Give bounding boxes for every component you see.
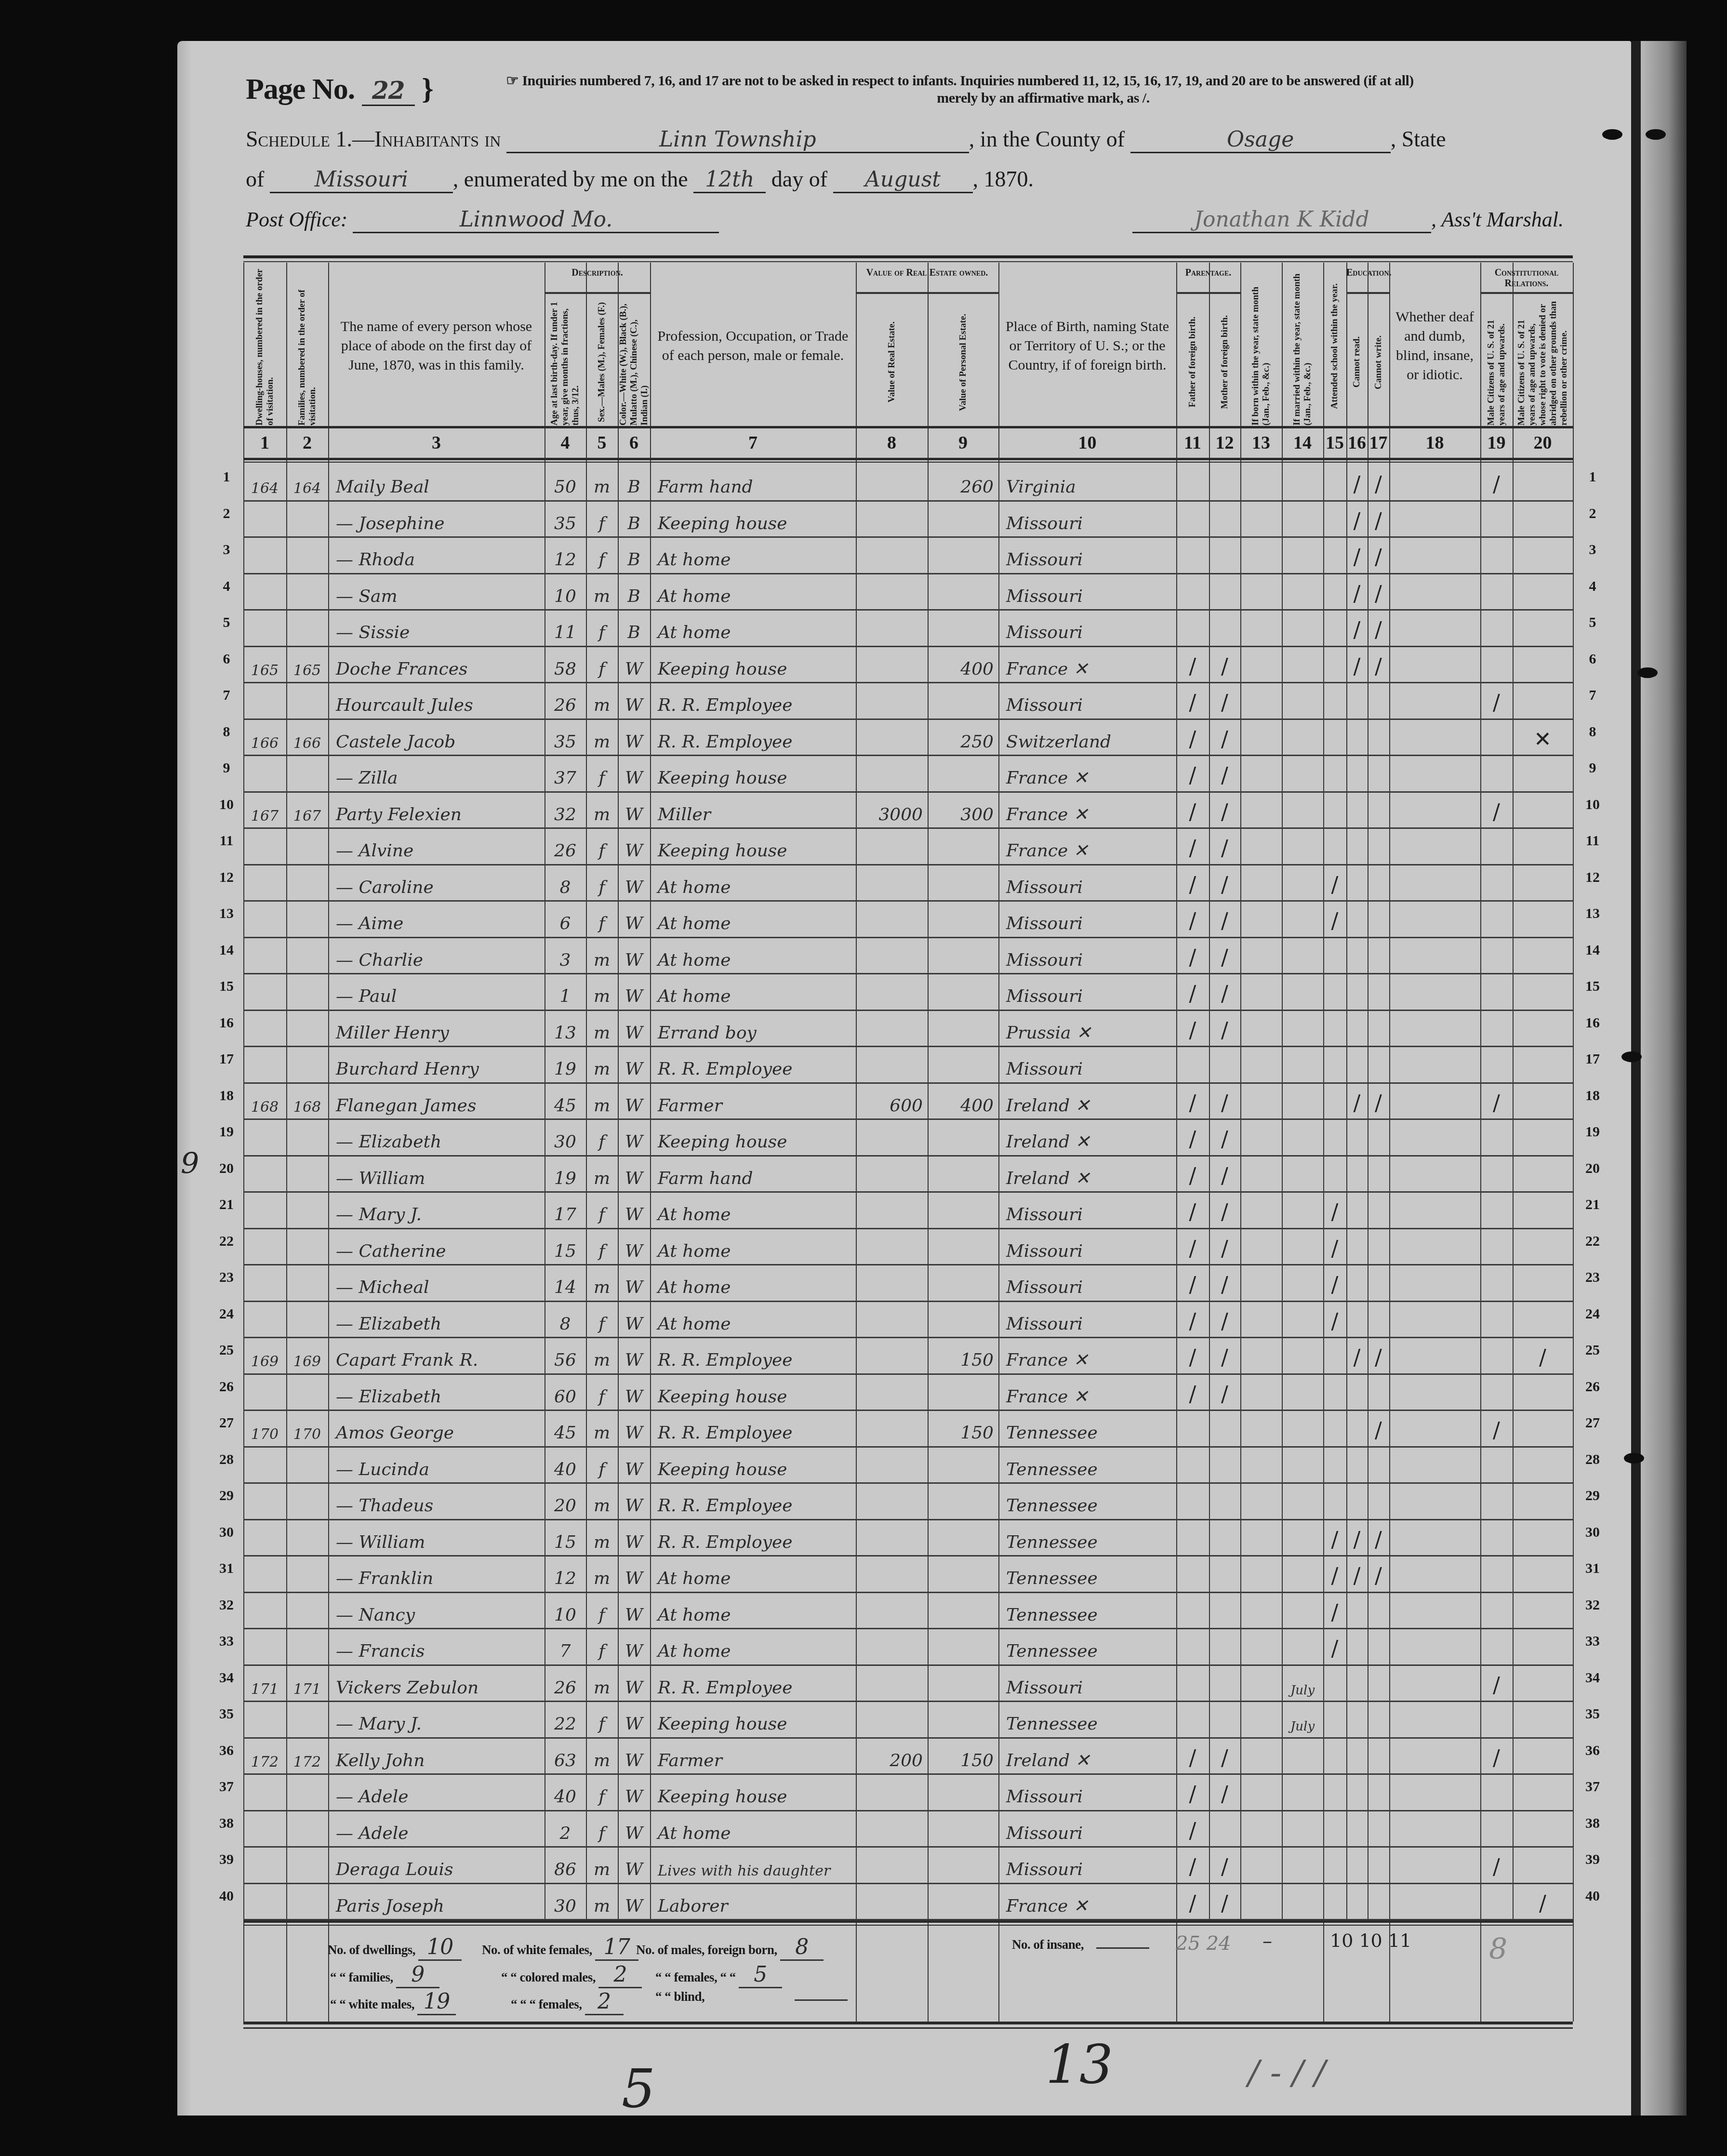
- day-of-label: day of: [771, 167, 827, 191]
- column-number: 3: [328, 428, 545, 458]
- cell-mother-foreign: [1210, 1666, 1239, 1700]
- post-office-value: Linnwood Mo.: [353, 207, 719, 233]
- cell-mother-foreign: [1210, 1047, 1239, 1081]
- cell-person-name: — Adele: [329, 1811, 544, 1845]
- cell-personal-estate-value: [929, 683, 997, 717]
- cell-dwelling-number: [244, 1193, 285, 1226]
- cell-cannot-write: [1368, 1666, 1388, 1700]
- cell-dwelling-number: 170: [244, 1411, 285, 1445]
- cell-married-month: [1283, 611, 1322, 644]
- cell-married-month: [1283, 829, 1322, 863]
- cell-birthplace: Missouri: [999, 865, 1175, 899]
- cell-vote-denied: /: [1514, 1884, 1572, 1918]
- cell-occupation: At home: [651, 1229, 855, 1263]
- column-number: 17: [1368, 428, 1389, 458]
- cell-married-month: [1283, 1011, 1322, 1045]
- cell-birthplace: Tennessee: [999, 1557, 1175, 1590]
- cell-personal-estate-value: [929, 574, 997, 608]
- cell-attended-school: [1324, 1848, 1345, 1881]
- cell-mother-foreign: /: [1210, 647, 1239, 681]
- cell-person-name: — Sissie: [329, 611, 544, 644]
- cell-father-foreign: [1177, 1484, 1208, 1517]
- cell-family-number: [287, 865, 327, 899]
- cell-male-citizen: [1481, 1775, 1512, 1809]
- cell-cannot-write: /: [1368, 538, 1388, 572]
- cell-sex: m: [587, 793, 617, 826]
- cell-cannot-read: [1347, 1157, 1367, 1190]
- cell-color: B: [619, 502, 649, 535]
- cell-disability: [1390, 1448, 1479, 1481]
- cell-birthplace: Missouri: [999, 1265, 1175, 1299]
- cell-occupation: R. R. Employee: [651, 1484, 855, 1517]
- column-number: 13: [1240, 428, 1282, 458]
- cell-mother-foreign: /: [1210, 829, 1239, 863]
- cell-cannot-read: /: [1347, 647, 1367, 681]
- cell-vote-denied: [1514, 465, 1572, 499]
- cell-color: W: [619, 1229, 649, 1263]
- line-number-right: 15: [1578, 978, 1607, 995]
- cell-cannot-read: [1347, 1120, 1367, 1154]
- line-number-left: 27: [212, 1415, 241, 1431]
- adjacent-page-edge: [1641, 41, 1687, 2116]
- cell-age: 40: [545, 1775, 585, 1809]
- real-estate-group-header: Value of Real Estate owned.: [856, 267, 998, 278]
- cell-disability: [1390, 1411, 1479, 1445]
- cell-color: W: [619, 1484, 649, 1517]
- cell-attended-school: [1324, 1084, 1345, 1118]
- cell-family-number: [287, 829, 327, 863]
- cell-color: W: [619, 938, 649, 972]
- cell-sex: m: [587, 1557, 617, 1590]
- cell-cannot-write: [1368, 720, 1388, 754]
- cell-mother-foreign: [1210, 502, 1239, 535]
- cell-cannot-write: [1368, 683, 1388, 717]
- cell-born-month: [1241, 938, 1281, 972]
- cell-dwelling-number: 165: [244, 647, 285, 681]
- cell-vote-denied: [1514, 1593, 1572, 1627]
- cell-birthplace: Tennessee: [999, 1411, 1175, 1445]
- cell-mother-foreign: [1210, 1593, 1239, 1627]
- cell-cannot-read: [1347, 1302, 1367, 1336]
- cell-cannot-read: /: [1347, 538, 1367, 572]
- cell-color: W: [619, 1120, 649, 1154]
- cell-occupation: R. R. Employee: [651, 1338, 855, 1372]
- of-label: of: [246, 167, 264, 191]
- cell-color: W: [619, 865, 649, 899]
- cell-personal-estate-value: 250: [929, 720, 997, 754]
- cell-family-number: [287, 1520, 327, 1554]
- cell-disability: [1390, 1484, 1479, 1517]
- cell-person-name: Amos George: [329, 1411, 544, 1445]
- line-number-left: 24: [212, 1306, 241, 1322]
- cell-occupation: At home: [651, 902, 855, 935]
- cell-real-estate-value: [857, 865, 927, 899]
- inquiry-note: ☞ Inquiries numbered 7, 16, and 17 are n…: [506, 72, 1581, 107]
- cell-cannot-read: [1347, 974, 1367, 1008]
- white-females-value: 17: [595, 1935, 638, 1961]
- cell-male-citizen: [1481, 1265, 1512, 1299]
- cell-family-number: [287, 611, 327, 644]
- column-number: 4: [545, 428, 586, 458]
- cell-occupation: At home: [651, 611, 855, 644]
- foreign-males-label: No. of males, foreign born,: [636, 1943, 777, 1957]
- families-label: “ “ families,: [330, 1970, 393, 1984]
- cell-occupation: At home: [651, 1193, 855, 1226]
- column-header-label: Father of foreign birth.: [1187, 317, 1198, 407]
- cell-occupation: Errand boy: [651, 1011, 855, 1045]
- cell-color: W: [619, 1338, 649, 1372]
- cell-real-estate-value: 200: [857, 1739, 927, 1772]
- cell-person-name: Capart Frank R.: [329, 1338, 544, 1372]
- line-number-left: 11: [212, 833, 241, 849]
- cell-married-month: [1283, 865, 1322, 899]
- column-divider: [1573, 263, 1574, 2022]
- cell-family-number: [287, 1629, 327, 1663]
- cell-cannot-read: /: [1347, 465, 1367, 499]
- cell-married-month: [1283, 902, 1322, 935]
- cell-sex: f: [587, 1775, 617, 1809]
- cell-attended-school: [1324, 756, 1345, 790]
- cell-real-estate-value: [857, 1193, 927, 1226]
- cell-color: W: [619, 756, 649, 790]
- cell-birthplace: Ireland ✕: [999, 1739, 1175, 1772]
- cell-personal-estate-value: [929, 1375, 997, 1409]
- line-number-right: 17: [1578, 1051, 1607, 1067]
- footer-bottom-rule: [243, 2022, 1573, 2024]
- cell-attended-school: [1324, 647, 1345, 681]
- cell-cannot-read: [1347, 1593, 1367, 1627]
- line-number-left: 39: [212, 1851, 241, 1868]
- cell-male-citizen: [1481, 502, 1512, 535]
- cell-mother-foreign: /: [1210, 938, 1239, 972]
- group-rule: [545, 292, 650, 294]
- marshal-signature: Jonathan K Kidd: [1132, 207, 1431, 233]
- cell-vote-denied: [1514, 647, 1572, 681]
- cell-personal-estate-value: [929, 1811, 997, 1845]
- cell-dwelling-number: [244, 1520, 285, 1554]
- cell-real-estate-value: [857, 1775, 927, 1809]
- cell-vote-denied: [1514, 1666, 1572, 1700]
- cell-cannot-read: [1347, 829, 1367, 863]
- cell-born-month: [1241, 1047, 1281, 1081]
- cell-father-foreign: /: [1177, 1302, 1208, 1336]
- cell-vote-denied: [1514, 1811, 1572, 1845]
- cell-birthplace: Ireland ✕: [999, 1084, 1175, 1118]
- cell-male-citizen: [1481, 1448, 1512, 1481]
- foreign-females-label: “ “ females, “ “: [655, 1970, 736, 1984]
- cell-birthplace: Missouri: [999, 502, 1175, 535]
- cell-cannot-write: [1368, 1593, 1388, 1627]
- column-header-15: Attended school within the year.: [1324, 264, 1345, 428]
- cell-born-month: [1241, 1884, 1281, 1918]
- column-header-11: Father of foreign birth.: [1177, 296, 1208, 428]
- cell-real-estate-value: [857, 1629, 927, 1663]
- cell-dwelling-number: [244, 611, 285, 644]
- cell-person-name: Miller Henry: [329, 1011, 544, 1045]
- cell-attended-school: [1324, 1411, 1345, 1445]
- cell-cannot-write: [1368, 1702, 1388, 1736]
- cell-occupation: At home: [651, 1593, 855, 1627]
- cell-occupation: Farm hand: [651, 465, 855, 499]
- cell-born-month: [1241, 1520, 1281, 1554]
- cell-attended-school: /: [1324, 1557, 1345, 1590]
- cell-birthplace: Tennessee: [999, 1629, 1175, 1663]
- white-females-label: No. of white females,: [482, 1943, 592, 1957]
- cell-cannot-read: /: [1347, 1338, 1367, 1372]
- cell-personal-estate-value: [929, 1484, 997, 1517]
- cell-mother-foreign: /: [1210, 865, 1239, 899]
- cell-attended-school: /: [1324, 1193, 1345, 1226]
- line-number-right: 16: [1578, 1015, 1607, 1031]
- cell-cannot-write: [1368, 1775, 1388, 1809]
- cell-birthplace: France ✕: [999, 1375, 1175, 1409]
- column-header-6: Color.—White (W.), Black (B.), Mulatto (…: [619, 296, 649, 428]
- cell-born-month: [1241, 865, 1281, 899]
- cell-occupation: At home: [651, 574, 855, 608]
- line-number-right: 11: [1578, 833, 1607, 849]
- cell-sex: m: [587, 683, 617, 717]
- cell-dwelling-number: [244, 1375, 285, 1409]
- table-bottom-rule: [243, 1920, 1573, 1923]
- cell-age: 19: [545, 1047, 585, 1081]
- cell-birthplace: Missouri: [999, 938, 1175, 972]
- cell-cannot-write: [1368, 1848, 1388, 1881]
- cell-sex: m: [587, 574, 617, 608]
- cell-mother-foreign: /: [1210, 1011, 1239, 1045]
- cell-dwelling-number: [244, 1265, 285, 1299]
- cell-attended-school: [1324, 938, 1345, 972]
- column-header-label: Cannot read.: [1352, 336, 1362, 387]
- cell-male-citizen: [1481, 1375, 1512, 1409]
- foreign-females-count: “ “ females, “ “ 5: [655, 1962, 782, 1988]
- cell-disability: [1390, 538, 1479, 572]
- cell-attended-school: [1324, 1884, 1345, 1918]
- cell-person-name: Burchard Henry: [329, 1047, 544, 1081]
- line-number-right: 27: [1578, 1415, 1607, 1431]
- cell-vote-denied: [1514, 574, 1572, 608]
- header-rule: [243, 426, 1573, 428]
- column-header-16: Cannot read.: [1347, 296, 1367, 428]
- cell-age: 6: [545, 902, 585, 935]
- cell-mother-foreign: [1210, 574, 1239, 608]
- cell-male-citizen: [1481, 1338, 1512, 1372]
- cell-attended-school: [1324, 465, 1345, 499]
- cell-dwelling-number: 168: [244, 1084, 285, 1118]
- cell-sex: f: [587, 1193, 617, 1226]
- cell-family-number: [287, 1811, 327, 1845]
- cell-dwelling-number: [244, 1884, 285, 1918]
- cell-married-month: [1283, 1811, 1322, 1845]
- cell-born-month: [1241, 1120, 1281, 1154]
- cell-disability: [1390, 1702, 1479, 1736]
- colored-females-label: “ “ “ females,: [511, 1997, 582, 2011]
- column-header-label: The name of every person whose place of …: [329, 317, 544, 375]
- cell-family-number: [287, 1557, 327, 1590]
- cell-family-number: [287, 502, 327, 535]
- cell-cannot-read: [1347, 1375, 1367, 1409]
- cell-color: W: [619, 793, 649, 826]
- cell-dwelling-number: [244, 865, 285, 899]
- cell-age: 8: [545, 1302, 585, 1336]
- cell-color: B: [619, 611, 649, 644]
- cell-father-foreign: /: [1177, 1193, 1208, 1226]
- cell-dwelling-number: 167: [244, 793, 285, 826]
- cell-vote-denied: [1514, 1265, 1572, 1299]
- cell-real-estate-value: [857, 502, 927, 535]
- cell-occupation: R. R. Employee: [651, 1666, 855, 1700]
- column-number: 14: [1282, 428, 1323, 458]
- cell-occupation: Farmer: [651, 1739, 855, 1772]
- cell-occupation: At home: [651, 1811, 855, 1845]
- cell-disability: [1390, 1775, 1479, 1809]
- line-number-right: 12: [1578, 869, 1607, 886]
- cell-disability: [1390, 1557, 1479, 1590]
- cell-born-month: [1241, 1557, 1281, 1590]
- cell-birthplace: Missouri: [999, 611, 1175, 644]
- cell-family-number: [287, 1302, 327, 1336]
- line-number-right: 22: [1578, 1233, 1607, 1250]
- cell-married-month: [1283, 574, 1322, 608]
- cell-mother-foreign: [1210, 611, 1239, 644]
- cell-person-name: Paris Joseph: [329, 1884, 544, 1918]
- margin-mark-bottom-right: / - / /: [1248, 2053, 1326, 2092]
- cell-disability: [1390, 1229, 1479, 1263]
- cell-sex: f: [587, 538, 617, 572]
- cell-sex: f: [587, 865, 617, 899]
- cell-occupation: R. R. Employee: [651, 720, 855, 754]
- line-number-right: 1: [1578, 469, 1607, 485]
- cell-vote-denied: /: [1514, 1338, 1572, 1372]
- cell-person-name: — Paul: [329, 974, 544, 1008]
- cell-person-name: — Sam: [329, 574, 544, 608]
- cell-father-foreign: /: [1177, 974, 1208, 1008]
- cell-family-number: [287, 1011, 327, 1045]
- cell-disability: [1390, 1338, 1479, 1372]
- cell-sex: m: [587, 1084, 617, 1118]
- cell-cannot-write: [1368, 793, 1388, 826]
- cell-sex: m: [587, 938, 617, 972]
- cell-birthplace: Missouri: [999, 1047, 1175, 1081]
- line-number-left: 29: [212, 1488, 241, 1504]
- cell-disability: [1390, 1157, 1479, 1190]
- cell-male-citizen: [1481, 1520, 1512, 1554]
- cell-color: W: [619, 1702, 649, 1736]
- cell-sex: f: [587, 502, 617, 535]
- cell-father-foreign: [1177, 1593, 1208, 1627]
- cell-real-estate-value: [857, 683, 927, 717]
- cell-attended-school: [1324, 1775, 1345, 1809]
- cell-occupation: Keeping house: [651, 756, 855, 790]
- cell-disability: [1390, 1375, 1479, 1409]
- cell-occupation: Keeping house: [651, 1448, 855, 1481]
- cell-age: 26: [545, 1666, 585, 1700]
- cell-father-foreign: /: [1177, 1120, 1208, 1154]
- cell-personal-estate-value: [929, 502, 997, 535]
- cell-dwelling-number: [244, 938, 285, 972]
- cell-family-number: [287, 1375, 327, 1409]
- families-count: “ “ families, 9: [330, 1962, 439, 1988]
- cell-sex: f: [587, 1229, 617, 1263]
- cell-personal-estate-value: 260: [929, 465, 997, 499]
- year-label: , 1870.: [973, 167, 1034, 191]
- cell-cannot-write: [1368, 1157, 1388, 1190]
- column-number: 15: [1323, 428, 1346, 458]
- cell-occupation: At home: [651, 1557, 855, 1590]
- cell-disability: [1390, 647, 1479, 681]
- column-number: 16: [1346, 428, 1368, 458]
- line-number-right: 30: [1578, 1524, 1607, 1541]
- cell-sex: f: [587, 1302, 617, 1336]
- cell-mother-foreign: /: [1210, 1338, 1239, 1372]
- cell-cannot-write: /: [1368, 1557, 1388, 1590]
- cell-color: B: [619, 574, 649, 608]
- cell-birthplace: Tennessee: [999, 1448, 1175, 1481]
- cell-family-number: 170: [287, 1411, 327, 1445]
- cell-attended-school: [1324, 1338, 1345, 1372]
- cell-mother-foreign: [1210, 465, 1239, 499]
- cell-color: B: [619, 465, 649, 499]
- cell-married-month: [1283, 793, 1322, 826]
- white-males-label: “ “ white males,: [330, 1997, 414, 2011]
- cell-person-name: — Aime: [329, 902, 544, 935]
- line-number-right: 32: [1578, 1597, 1607, 1613]
- cell-attended-school: [1324, 1484, 1345, 1517]
- cell-attended-school: [1324, 502, 1345, 535]
- cell-sex: m: [587, 1848, 617, 1881]
- cell-vote-denied: [1514, 1011, 1572, 1045]
- cell-age: 11: [545, 611, 585, 644]
- line-number-right: 33: [1578, 1633, 1607, 1650]
- cell-family-number: [287, 1775, 327, 1809]
- cell-birthplace: Tennessee: [999, 1520, 1175, 1554]
- cell-real-estate-value: [857, 1229, 927, 1263]
- cell-born-month: [1241, 1593, 1281, 1627]
- cell-person-name: — Micheal: [329, 1265, 544, 1299]
- cell-real-estate-value: [857, 611, 927, 644]
- column-number: 2: [286, 428, 328, 458]
- cell-born-month: [1241, 1375, 1281, 1409]
- cell-cannot-write: /: [1368, 647, 1388, 681]
- cell-married-month: [1283, 1448, 1322, 1481]
- cell-family-number: [287, 1484, 327, 1517]
- cell-color: W: [619, 720, 649, 754]
- column-header-19: Male Citizens of U. S. of 21 years of ag…: [1481, 296, 1512, 428]
- cell-occupation: At home: [651, 865, 855, 899]
- cell-sex: f: [587, 647, 617, 681]
- cell-age: 10: [545, 574, 585, 608]
- column-header-8: Value of Real Estate.: [857, 296, 927, 428]
- cell-mother-foreign: /: [1210, 1229, 1239, 1263]
- cell-male-citizen: [1481, 538, 1512, 572]
- cell-occupation: R. R. Employee: [651, 1520, 855, 1554]
- cell-attended-school: [1324, 1739, 1345, 1772]
- line-number-left: 16: [212, 1015, 241, 1031]
- cell-personal-estate-value: [929, 865, 997, 899]
- cell-married-month: [1283, 1338, 1322, 1372]
- cell-disability: [1390, 1884, 1479, 1918]
- cell-family-number: [287, 902, 327, 935]
- cell-real-estate-value: 3000: [857, 793, 927, 826]
- cell-age: 13: [545, 1011, 585, 1045]
- line-number-left: 30: [212, 1524, 241, 1541]
- cell-family-number: [287, 1848, 327, 1881]
- month-value: August: [833, 167, 973, 193]
- line-number-left: 10: [212, 797, 241, 813]
- cell-mother-foreign: [1210, 1448, 1239, 1481]
- state-value: Missouri: [270, 167, 453, 193]
- cell-person-name: — Alvine: [329, 829, 544, 863]
- cell-person-name: Maily Beal: [329, 465, 544, 499]
